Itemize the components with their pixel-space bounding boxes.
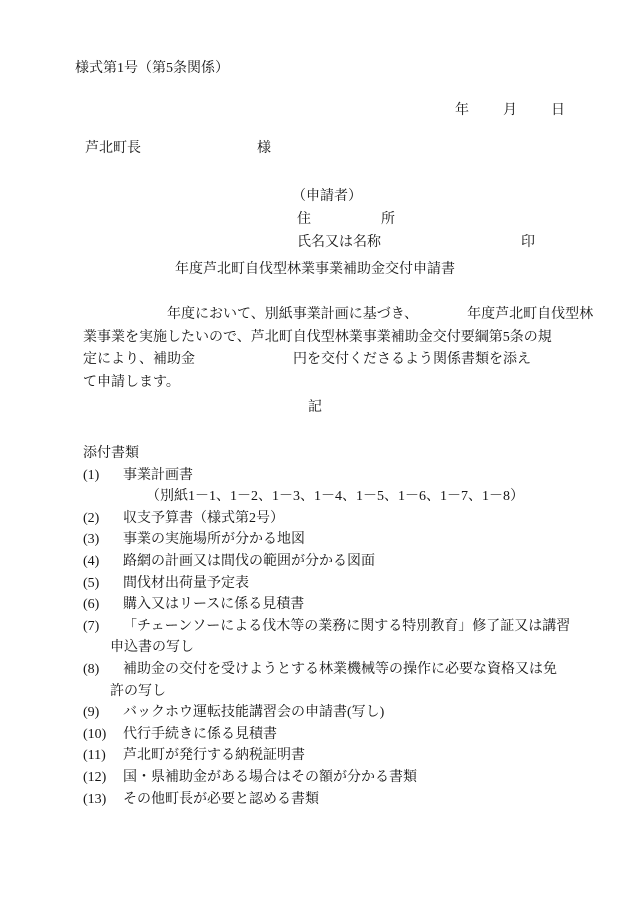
- item-number: (13): [83, 789, 123, 811]
- applicant-address-label: 住 所: [292, 208, 630, 231]
- item-text: 芦北町が発行する納税証明書: [123, 745, 305, 767]
- day-label: 日: [551, 103, 565, 118]
- attachment-item: (3) 事業の実施場所が分かる地図: [83, 529, 630, 551]
- month-value-blank: [469, 113, 503, 114]
- item-text: 許の写し: [110, 681, 166, 703]
- form-number: 様式第1号（第5条関係）: [75, 0, 630, 77]
- body-line: 業事業を実施したいので、芦北町自伐型林業事業補助金交付要綱第5条の規: [83, 327, 630, 350]
- addressee-honorific: 様: [257, 141, 271, 156]
- item-number: (7): [83, 616, 123, 638]
- item-text: 国・県補助金がある場合はその額が分かる書類: [123, 767, 417, 789]
- attachment-item: (1) 事業計画書: [83, 465, 630, 487]
- attachments-section: 添付書類 (1) 事業計画書 （別紙1－1、1－2、1－3、1－4、1－5、1－…: [83, 443, 630, 810]
- item-number: (11): [83, 745, 123, 767]
- applicant-block: （申請者） 住 所 氏名又は名称印: [292, 185, 630, 254]
- record-marker: 記: [0, 400, 630, 416]
- attachment-item-sub: （別紙1－1、1－2、1－3、1－4、1－5、1－6、1－7、1－8）: [146, 486, 630, 508]
- item-number: (12): [83, 767, 123, 789]
- item-text: 収支予算書（様式第2号）: [123, 508, 284, 530]
- item-text: 事業計画書: [123, 465, 193, 487]
- attachment-item: (10) 代行手続きに係る見積書: [83, 724, 630, 746]
- attachment-item: (6) 購入又はリースに係る見積書: [83, 594, 630, 616]
- body-line: 定により、補助金 円を交付くださるよう関係書類を添え: [83, 349, 630, 372]
- day-value-blank: [517, 113, 551, 114]
- attachment-item-continuation: 許の写し: [110, 681, 630, 703]
- item-text: （別紙1－1、1－2、1－3、1－4、1－5、1－6、1－7、1－8）: [146, 486, 524, 508]
- item-number: (3): [83, 529, 123, 551]
- attachment-item: (2) 収支予算書（様式第2号）: [83, 508, 630, 530]
- applicant-heading: （申請者）: [292, 185, 630, 208]
- body-line: て申請します。: [83, 372, 630, 395]
- attachment-item: (5) 間伐材出荷量予定表: [83, 573, 630, 595]
- item-text: 間伐材出荷量予定表: [123, 573, 249, 595]
- attachment-item: (7) 「チェーンソーによる伐木等の業務に関する特別教育」修了証又は講習: [83, 616, 630, 638]
- item-text: 「チェーンソーによる伐木等の業務に関する特別教育」修了証又は講習: [123, 616, 570, 638]
- seal-label: 印: [521, 235, 535, 250]
- attachment-item: (12) 国・県補助金がある場合はその額が分かる書類: [83, 767, 630, 789]
- item-text: 路網の計画又は間伐の範囲が分かる図面: [123, 551, 375, 573]
- date-line: 年月日: [0, 103, 565, 119]
- applicant-name-label: 氏名又は名称: [297, 235, 381, 250]
- application-form-page: 様式第1号（第5条関係） 年月日 芦北町長様 （申請者） 住 所 氏名又は名称印…: [0, 0, 630, 903]
- addressee-name-blank: [141, 151, 257, 152]
- item-number: (1): [83, 465, 123, 487]
- item-number: (4): [83, 551, 123, 573]
- body-line: 年度において、別紙事業計画に基づき、 年度芦北町自伐型林: [83, 304, 630, 327]
- item-text: 補助金の交付を受けようとする林業機械等の操作に必要な資格又は免: [123, 659, 557, 681]
- attachment-item: (8) 補助金の交付を受けようとする林業機械等の操作に必要な資格又は免: [83, 659, 630, 681]
- item-number: (8): [83, 659, 123, 681]
- addressee-line: 芦北町長様: [85, 141, 630, 157]
- document-title: 年度芦北町自伐型林業事業補助金交付申請書: [0, 262, 630, 278]
- item-text: バックホウ運転技能講習会の申請書(写し): [123, 702, 384, 724]
- body-paragraph: 年度において、別紙事業計画に基づき、 年度芦北町自伐型林 業事業を実施したいので…: [83, 304, 630, 394]
- attachment-item-continuation: 申込書の写し: [110, 637, 630, 659]
- attachments-heading: 添付書類: [83, 443, 630, 465]
- item-number: (5): [83, 573, 123, 595]
- item-number: (6): [83, 594, 123, 616]
- item-number: (2): [83, 508, 123, 530]
- year-label: 年: [455, 103, 469, 118]
- attachment-item: (13) その他町長が必要と認める書類: [83, 789, 630, 811]
- item-text: 購入又はリースに係る見積書: [123, 594, 304, 616]
- item-number: (9): [83, 702, 123, 724]
- addressee-title: 芦北町長: [85, 141, 141, 156]
- item-text: 事業の実施場所が分かる地図: [123, 529, 305, 551]
- attachment-item: (4) 路網の計画又は間伐の範囲が分かる図面: [83, 551, 630, 573]
- attachment-item: (9) バックホウ運転技能講習会の申請書(写し): [83, 702, 630, 724]
- applicant-name-blank: [381, 245, 521, 246]
- item-text: 代行手続きに係る見積書: [123, 724, 277, 746]
- applicant-name-line: 氏名又は名称印: [292, 231, 630, 254]
- item-text: 申込書の写し: [110, 637, 194, 659]
- attachment-item: (11) 芦北町が発行する納税証明書: [83, 745, 630, 767]
- month-label: 月: [503, 103, 517, 118]
- item-text: その他町長が必要と認める書類: [123, 789, 319, 811]
- item-number: (10): [83, 724, 123, 746]
